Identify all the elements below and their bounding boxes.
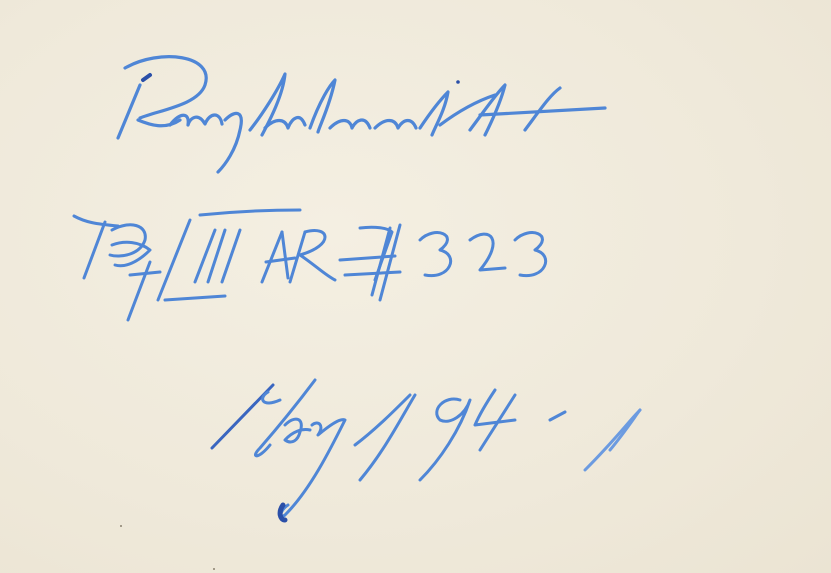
handwritten-designation [74,210,546,320]
handwritten-name [118,57,605,172]
paper-speck [120,525,122,527]
paper-sheet: Rauchfußbrandt Ba/III AR #323 May 1941 [0,0,831,573]
handwritten-date [212,380,640,520]
paper-speck [213,568,215,570]
handwriting-ink [0,0,831,573]
